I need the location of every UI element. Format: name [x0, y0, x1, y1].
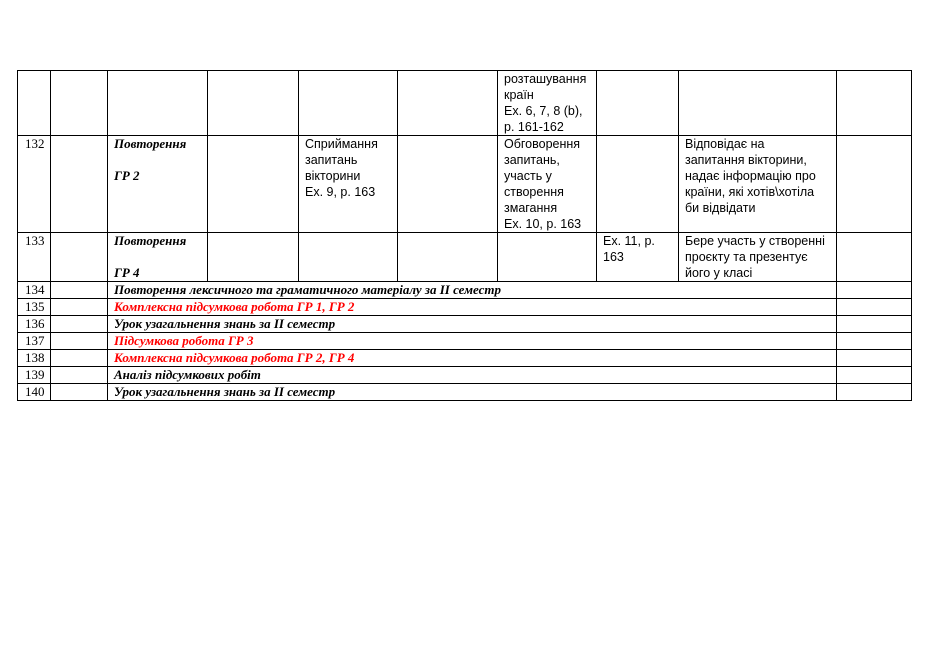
cell — [498, 233, 597, 282]
table-row: 138 Комплексна підсумкова робота ГР 2, Г… — [18, 350, 912, 367]
table-row: 140 Урок узагальнення знань за II семест… — [18, 384, 912, 401]
notes-cell — [837, 350, 912, 367]
lesson-number: 133 — [18, 233, 51, 282]
summary-topic-highlight: Підсумкова робота ГР 3 — [108, 333, 837, 350]
date-cell — [51, 384, 108, 401]
lesson-number: 132 — [18, 136, 51, 233]
date-cell — [51, 233, 108, 282]
line: запитання вікторини, — [685, 152, 830, 168]
date-cell — [51, 136, 108, 233]
table-row: 133 Повторення ГР 4 Ex. 11, p. 163 Бере … — [18, 233, 912, 282]
lesson-number: 137 — [18, 333, 51, 350]
cell — [398, 233, 498, 282]
group-label: ГР 4 — [114, 265, 201, 281]
table-row: 139 Аналіз підсумкових робіт — [18, 367, 912, 384]
topic-cell — [108, 71, 208, 136]
line: Ex. 10, p. 163 — [504, 216, 590, 232]
notes-cell — [837, 233, 912, 282]
line: країни, які хотів\хотіла — [685, 184, 830, 200]
summary-topic: Урок узагальнення знань за II семестр — [108, 384, 837, 401]
lesson-number: 140 — [18, 384, 51, 401]
lesson-number: 135 — [18, 299, 51, 316]
line: p. 161-162 — [504, 119, 590, 135]
line: Ex. 6, 7, 8 (b), — [504, 103, 590, 119]
summary-topic-highlight: Комплексна підсумкова робота ГР 2, ГР 4 — [108, 350, 837, 367]
cell — [679, 71, 837, 136]
date-cell — [51, 350, 108, 367]
notes-cell — [837, 384, 912, 401]
summary-topic: Урок узагальнення знань за II семестр — [108, 316, 837, 333]
outcome-cell: Бере участь у створенні проєкту та презе… — [679, 233, 837, 282]
line: проєкту та презентує — [685, 249, 830, 265]
table-row: 132 Повторення ГР 2 Сприймання запитань … — [18, 136, 912, 233]
lesson-number: 134 — [18, 282, 51, 299]
line: надає інформацію про — [685, 168, 830, 184]
table-row: 137 Підсумкова робота ГР 3 — [18, 333, 912, 350]
cell — [208, 71, 299, 136]
table-row: розташування країн Ex. 6, 7, 8 (b), p. 1… — [18, 71, 912, 136]
date-cell — [51, 282, 108, 299]
cell — [299, 71, 398, 136]
line: Ex. 9, p. 163 — [305, 184, 391, 200]
writing-cell: Ex. 11, p. 163 — [597, 233, 679, 282]
line: країн — [504, 87, 590, 103]
topic-cell: Повторення ГР 4 — [108, 233, 208, 282]
line: змагання — [504, 200, 590, 216]
notes-cell — [837, 333, 912, 350]
line: Бере участь у створенні — [685, 233, 830, 249]
cell — [597, 71, 679, 136]
topic-cell: Повторення ГР 2 — [108, 136, 208, 233]
topic-title: Повторення — [114, 136, 201, 152]
notes-cell — [837, 71, 912, 136]
date-cell — [51, 316, 108, 333]
cell — [208, 136, 299, 233]
lesson-number: 139 — [18, 367, 51, 384]
notes-cell — [837, 282, 912, 299]
lesson-plan-table: розташування країн Ex. 6, 7, 8 (b), p. 1… — [17, 70, 912, 401]
lesson-number — [18, 71, 51, 136]
line: 163 — [603, 249, 672, 265]
line: вікторини — [305, 168, 391, 184]
summary-topic: Аналіз підсумкових робіт — [108, 367, 837, 384]
line: його у класі — [685, 265, 830, 281]
table-row: 134 Повторення лексичного та граматичног… — [18, 282, 912, 299]
line: участь у — [504, 168, 590, 184]
table-row: 136 Урок узагальнення знань за II семест… — [18, 316, 912, 333]
cell — [398, 71, 498, 136]
cell — [208, 233, 299, 282]
date-cell — [51, 333, 108, 350]
table-row: 135 Комплексна підсумкова робота ГР 1, Г… — [18, 299, 912, 316]
outcome-cell: Відповідає на запитання вікторини, надає… — [679, 136, 837, 233]
group-label: ГР 2 — [114, 168, 201, 184]
lesson-number: 136 — [18, 316, 51, 333]
line: Ex. 11, p. — [603, 233, 672, 249]
line: Відповідає на — [685, 136, 830, 152]
speaking-cell: Обговорення запитань, участь у створення… — [498, 136, 597, 233]
cell — [398, 136, 498, 233]
notes-cell — [837, 367, 912, 384]
line: розташування — [504, 71, 590, 87]
date-cell — [51, 367, 108, 384]
summary-topic-highlight: Комплексна підсумкова робота ГР 1, ГР 2 — [108, 299, 837, 316]
summary-topic: Повторення лексичного та граматичного ма… — [108, 282, 837, 299]
line: Обговорення — [504, 136, 590, 152]
date-cell — [51, 71, 108, 136]
speaking-cell: розташування країн Ex. 6, 7, 8 (b), p. 1… — [498, 71, 597, 136]
line: запитань, — [504, 152, 590, 168]
lesson-number: 138 — [18, 350, 51, 367]
notes-cell — [837, 136, 912, 233]
topic-title: Повторення — [114, 233, 201, 249]
line: створення — [504, 184, 590, 200]
cell — [597, 136, 679, 233]
notes-cell — [837, 316, 912, 333]
line: запитань — [305, 152, 391, 168]
listening-cell: Сприймання запитань вікторини Ex. 9, p. … — [299, 136, 398, 233]
cell — [299, 233, 398, 282]
line: Сприймання — [305, 136, 391, 152]
line: би відвідати — [685, 200, 830, 216]
date-cell — [51, 299, 108, 316]
notes-cell — [837, 299, 912, 316]
